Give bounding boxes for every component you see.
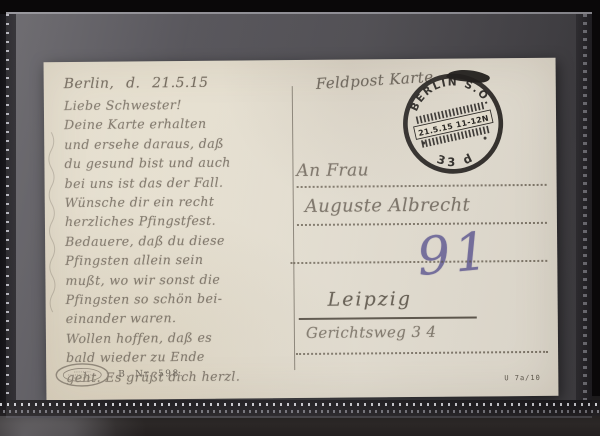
- message-line: Bedauere, daß du diese: [65, 230, 293, 251]
- message-line: und ersehe daraus, daß: [64, 133, 292, 154]
- address-dotted-line-2: [297, 222, 547, 226]
- message-line: Pfingsten so schön bei-: [66, 288, 294, 309]
- address-street: Gerichtsweg 3 4: [306, 323, 437, 342]
- postcard: Berlin, d. 21.5.15 Liebe Schwester! Dein…: [44, 58, 559, 400]
- address-dotted-line-4: [296, 351, 548, 355]
- city-underline: [299, 316, 477, 320]
- address-city: Leipzig: [328, 288, 413, 311]
- message-line: einander waren.: [66, 308, 294, 329]
- message-block: Berlin, d. 21.5.15 Liebe Schwester! Dein…: [64, 74, 295, 387]
- sleeve-left-seam: [0, 14, 16, 404]
- publisher-row: B. Nr. 598.: [54, 361, 184, 388]
- message-line: Wollen hoffen, daß es: [66, 327, 294, 348]
- message-dateline: Berlin, d. 21.5.15: [64, 74, 292, 92]
- message-line: Liebe Schwester!: [64, 94, 292, 115]
- margin-scrawl-decoration: [45, 132, 59, 322]
- address-recipient-name: Auguste Albrecht: [305, 195, 471, 217]
- address-number-violet: 91: [415, 221, 495, 288]
- postmark-bridge: 21.5.15 11-12N: [412, 104, 494, 145]
- berlin-postmark-stamp: BERLIN S.O. 33 d 21.5.15 11-12N: [396, 67, 510, 181]
- sleeve-bottom-seam: [0, 400, 600, 416]
- message-line: mußt, wo wir sonst die: [65, 269, 293, 290]
- message-line: herzliches Pfingstfest.: [65, 211, 293, 232]
- message-line: Deine Karte erhalten: [64, 113, 292, 134]
- address-recipient-prefix: An Frau: [296, 160, 369, 181]
- message-line: Wünsche dir ein recht: [65, 191, 293, 212]
- message-line: du gesund bist und auch: [64, 152, 292, 173]
- message-line: Pfingsten allein sein: [65, 249, 293, 270]
- photo-scene: Berlin, d. 21.5.15 Liebe Schwester! Dein…: [0, 0, 600, 436]
- publisher-number: B. Nr. 598.: [118, 369, 184, 380]
- address-dotted-line-1: [297, 184, 547, 188]
- print-code: U 7a/10: [504, 374, 541, 382]
- publisher-oval-logo: [54, 362, 110, 388]
- message-line: bei uns ist das der Fall.: [65, 172, 293, 193]
- sleeve-right-seam: [576, 14, 592, 404]
